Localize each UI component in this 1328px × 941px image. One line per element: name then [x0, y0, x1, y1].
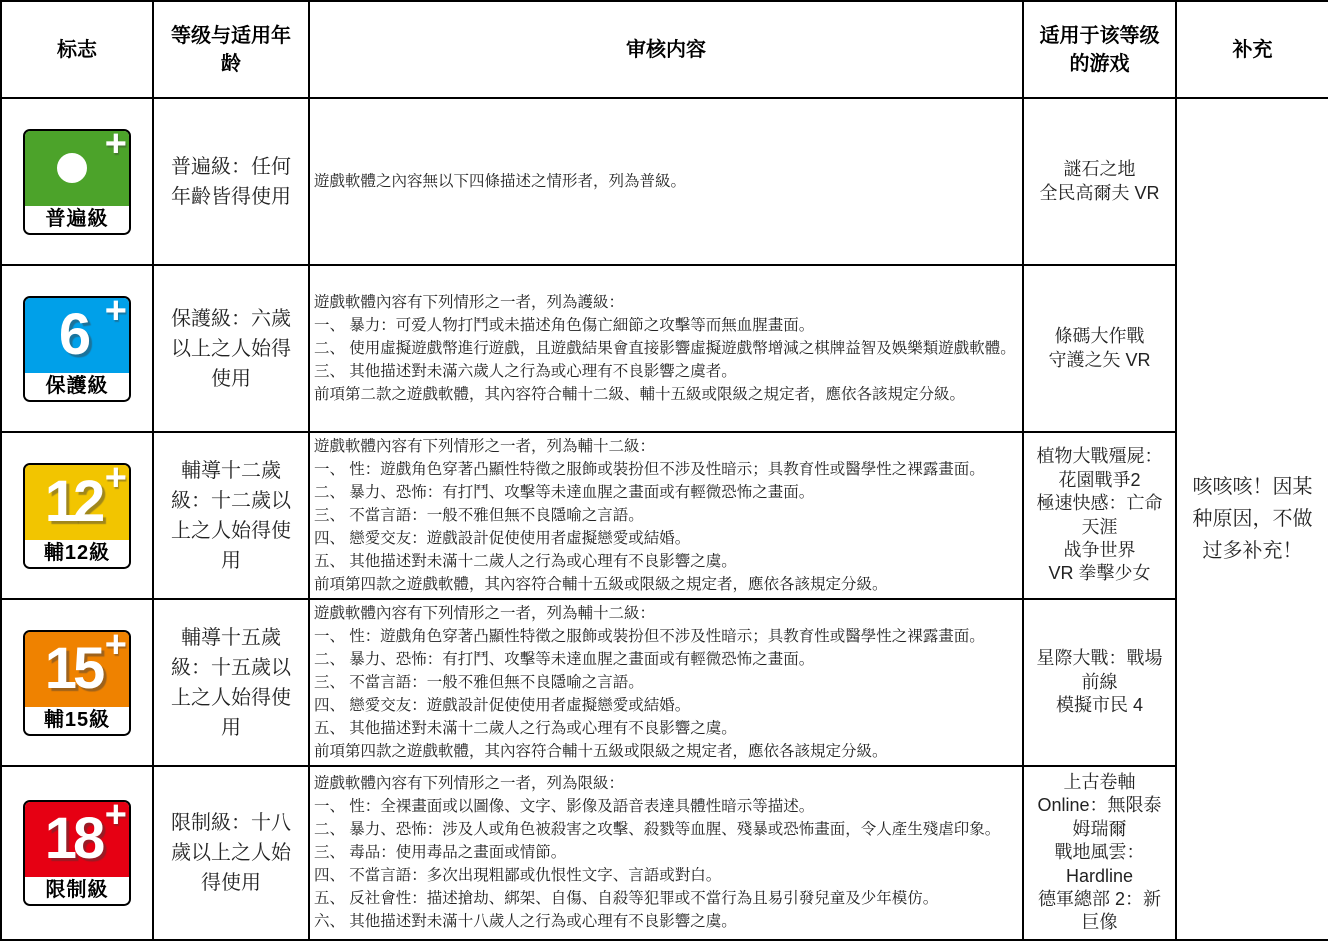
supplement-note-cell: 咳咳咳！因某种原因，不做过多补充！	[1176, 98, 1328, 940]
logo-cell: + 普遍級	[1, 98, 153, 265]
content-line: 遊戲軟體之內容無以下四條描述之情形者，列為普級。	[314, 170, 1018, 193]
content-line: 四、 不當言語：多次出現粗鄙或仇恨性文字、言語或對白。	[314, 864, 1018, 887]
badge-color-area: 18 +	[25, 802, 129, 877]
game-title: 德軍總部 2：新巨像	[1032, 888, 1167, 935]
content-line: 二、 使用虛擬遊戲幣進行遊戲，且遊戲結果會直接影響虛擬遊戲幣增減之棋牌益智及娛樂…	[314, 337, 1018, 360]
content-line: 前項第四款之遊戲軟體，其內容符合輔十五級或限級之規定者，應依各該規定分級。	[314, 573, 1018, 596]
games-list-cell: 上古卷軸 Online：無限泰姆瑞爾戰地風雲：Hardline德軍總部 2：新巨…	[1023, 766, 1176, 940]
review-content-cell: 遊戲軟體之內容無以下四條描述之情形者，列為普級。	[309, 98, 1023, 265]
badge-label: 保護級	[25, 373, 129, 400]
header-logo: 标志	[1, 1, 153, 98]
rating-badge-icon: 6 + 保護級	[23, 296, 131, 402]
content-line: 二、 暴力、恐怖：有打鬥、攻擊等未達血腥之畫面或有輕微恐怖之畫面。	[314, 481, 1018, 504]
plus-icon: +	[105, 296, 127, 330]
badge-number: 18	[45, 810, 102, 868]
badge-label: 輔15級	[25, 707, 129, 734]
content-line: 五、 其他描述對未滿十二歲人之行為或心理有不良影響之虞。	[314, 717, 1018, 740]
games-list-cell: 星際大戰：戰場前線模擬市民 4	[1023, 599, 1176, 766]
plus-icon: +	[105, 463, 127, 497]
plus-icon: +	[105, 129, 127, 163]
review-content-cell: 遊戲軟體內容有下列情形之一者，列為限級：一、 性：全裸畫面或以圖像、文字、影像及…	[309, 766, 1023, 940]
game-title: 極速快感：亡命天涯	[1032, 492, 1167, 539]
header-games: 适用于该等级的游戏	[1023, 1, 1176, 98]
rating-badge-icon: 12 + 輔12級	[23, 463, 131, 569]
game-title: 謎石之地	[1032, 158, 1167, 181]
review-content-cell: 遊戲軟體內容有下列情形之一者，列為輔十二級：一、 性：遊戲角色穿著凸顯性特徵之服…	[309, 432, 1023, 599]
logo-cell: 12 + 輔12級	[1, 432, 153, 599]
game-rating-table: 标志 等级与适用年龄 审核内容 适用于该等级的游戏 补充 + 普遍級 普遍級：任…	[0, 0, 1328, 941]
table-row: 12 + 輔12級 輔導十二歲級：十二歲以上之人始得使用 遊戲軟體內容有下列情形…	[1, 432, 1328, 599]
game-title: 戰地風雲：Hardline	[1032, 841, 1167, 888]
badge-label: 輔12級	[25, 540, 129, 567]
badge-color-area: 15 +	[25, 632, 129, 707]
review-content-cell: 遊戲軟體內容有下列情形之一者，列為護級：一、 暴力：可爱人物打鬥或未描述角色傷亡…	[309, 265, 1023, 432]
table-row: + 普遍級 普遍級：任何年齡皆得使用 遊戲軟體之內容無以下四條描述之情形者，列為…	[1, 98, 1328, 265]
content-line: 前項第四款之遊戲軟體，其內容符合輔十五級或限級之規定者，應依各該規定分級。	[314, 740, 1018, 763]
header-rating-age: 等级与适用年龄	[153, 1, 309, 98]
badge-number: 6	[59, 306, 87, 364]
game-title: 星際大戰：戰場前線	[1032, 647, 1167, 694]
plus-icon: +	[105, 630, 127, 664]
badge-number: 12	[45, 473, 102, 531]
badge-color-area: 12 +	[25, 465, 129, 540]
rating-description: 普遍級：任何年齡皆得使用	[153, 98, 309, 265]
content-line: 三、 不當言語：一般不雅但無不良隱喻之言語。	[314, 504, 1018, 527]
rating-description: 輔導十二歲級：十二歲以上之人始得使用	[153, 432, 309, 599]
badge-number: 15	[45, 640, 102, 698]
content-line: 遊戲軟體內容有下列情形之一者，列為輔十二級：	[314, 435, 1018, 458]
rating-badge-icon: + 普遍級	[23, 129, 131, 235]
content-line: 五、 反社會性：描述搶劫、綁架、自傷、自殺等犯罪或不當行為且易引發兒童及少年模仿…	[314, 887, 1018, 910]
content-line: 遊戲軟體內容有下列情形之一者，列為限級：	[314, 772, 1018, 795]
content-line: 一、 性：全裸畫面或以圖像、文字、影像及語音表達具體性暗示等描述。	[314, 795, 1018, 818]
content-line: 一、 暴力：可爱人物打鬥或未描述角色傷亡細節之攻擊等而無血腥畫面。	[314, 314, 1018, 337]
header-supplement: 补充	[1176, 1, 1328, 98]
table-row: 18 + 限制級 限制級：十八歲以上之人始得使用 遊戲軟體內容有下列情形之一者，…	[1, 766, 1328, 940]
content-line: 四、 戀愛交友：遊戲設計促使使用者虛擬戀愛或結婚。	[314, 527, 1018, 550]
rating-description: 保護級：六歲以上之人始得使用	[153, 265, 309, 432]
badge-color-area: +	[25, 131, 129, 206]
content-line: 三、 不當言語：一般不雅但無不良隱喻之言語。	[314, 671, 1018, 694]
content-line: 三、 毒品：使用毒品之畫面或情節。	[314, 841, 1018, 864]
game-title: 守護之矢 VR	[1032, 349, 1167, 372]
game-title: 條碼大作戰	[1032, 325, 1167, 348]
content-line: 三、 其他描述對未滿六歲人之行為或心理有不良影響之虞者。	[314, 360, 1018, 383]
game-title: VR 拳擊少女	[1032, 562, 1167, 585]
content-line: 遊戲軟體內容有下列情形之一者，列為護級：	[314, 291, 1018, 314]
game-title: 模擬市民 4	[1032, 694, 1167, 717]
games-list-cell: 謎石之地全民高爾夫 VR	[1023, 98, 1176, 265]
content-line: 二、 暴力、恐怖：涉及人或角色被殺害之攻擊、殺戮等血腥、殘暴或恐怖畫面，令人產生…	[314, 818, 1018, 841]
badge-label: 普遍級	[25, 206, 129, 233]
game-title: 全民高爾夫 VR	[1032, 182, 1167, 205]
games-list-cell: 條碼大作戰守護之矢 VR	[1023, 265, 1176, 432]
content-line: 二、 暴力、恐怖：有打鬥、攻擊等未達血腥之畫面或有輕微恐怖之畫面。	[314, 648, 1018, 671]
logo-cell: 6 + 保護級	[1, 265, 153, 432]
logo-cell: 15 + 輔15級	[1, 599, 153, 766]
badge-label: 限制級	[25, 877, 129, 904]
content-line: 四、 戀愛交友：遊戲設計促使使用者虛擬戀愛或結婚。	[314, 694, 1018, 717]
content-line: 遊戲軟體內容有下列情形之一者，列為輔十二級：	[314, 602, 1018, 625]
content-line: 六、 其他描述對未滿十八歲人之行為或心理有不良影響之虞。	[314, 910, 1018, 933]
games-list-cell: 植物大戰殭屍：花園戰爭2極速快感：亡命天涯战争世界VR 拳擊少女	[1023, 432, 1176, 599]
game-title: 植物大戰殭屍：花園戰爭2	[1032, 445, 1167, 492]
plus-icon: +	[105, 800, 127, 834]
table-row: 15 + 輔15級 輔導十五歲級：十五歲以上之人始得使用 遊戲軟體內容有下列情形…	[1, 599, 1328, 766]
logo-cell: 18 + 限制級	[1, 766, 153, 940]
rating-description: 輔導十五歲級：十五歲以上之人始得使用	[153, 599, 309, 766]
content-line: 一、 性：遊戲角色穿著凸顯性特徵之服飾或裝扮但不涉及性暗示；具教育性或醫學性之裸…	[314, 458, 1018, 481]
review-content-cell: 遊戲軟體內容有下列情形之一者，列為輔十二級：一、 性：遊戲角色穿著凸顯性特徵之服…	[309, 599, 1023, 766]
header-review-content: 审核内容	[309, 1, 1023, 98]
game-title: 上古卷軸 Online：無限泰姆瑞爾	[1032, 771, 1167, 841]
rating-badge-icon: 18 + 限制級	[23, 800, 131, 906]
badge-color-area: 6 +	[25, 298, 129, 373]
rating-badge-icon: 15 + 輔15級	[23, 630, 131, 736]
content-line: 前項第二款之遊戲軟體，其內容符合輔十二級、輔十五級或限級之規定者，應依各該規定分…	[314, 383, 1018, 406]
game-title: 战争世界	[1032, 539, 1167, 562]
general-level-ring-icon	[57, 153, 87, 183]
table-row: 6 + 保護級 保護級：六歲以上之人始得使用 遊戲軟體內容有下列情形之一者，列為…	[1, 265, 1328, 432]
content-line: 一、 性：遊戲角色穿著凸顯性特徵之服飾或裝扮但不涉及性暗示；具教育性或醫學性之裸…	[314, 625, 1018, 648]
header-row: 标志 等级与适用年龄 审核内容 适用于该等级的游戏 补充	[1, 1, 1328, 98]
rating-description: 限制級：十八歲以上之人始得使用	[153, 766, 309, 940]
content-line: 五、 其他描述對未滿十二歲人之行為或心理有不良影響之虞。	[314, 550, 1018, 573]
